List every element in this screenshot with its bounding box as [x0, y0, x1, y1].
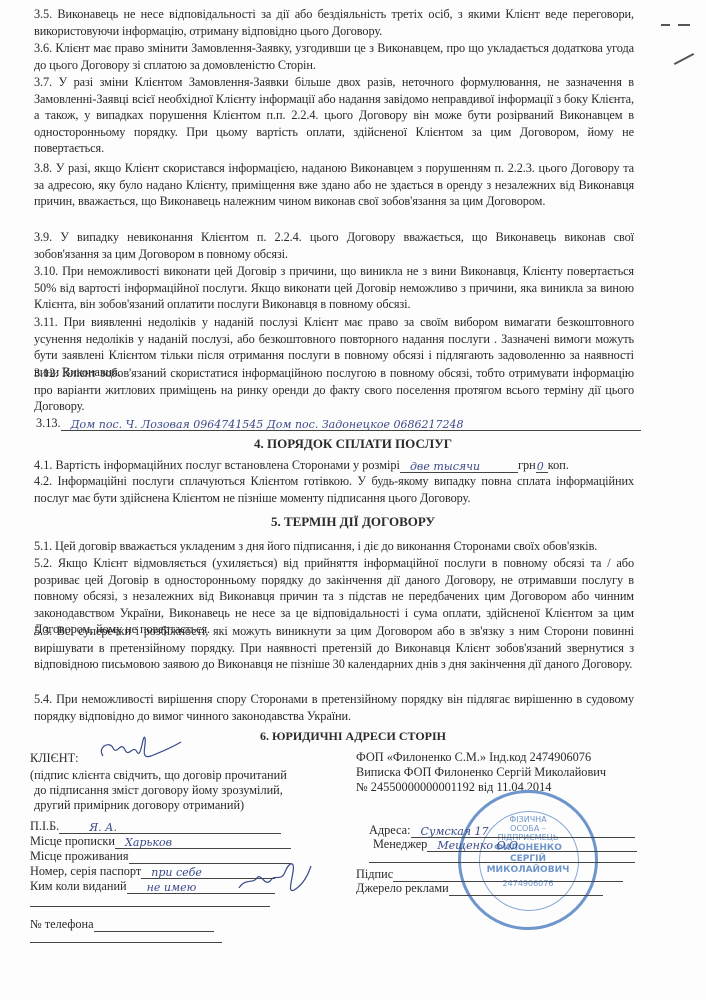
field-label: Місце проживания — [30, 848, 129, 864]
executor-field-ad-source: Джерело реклами — [356, 880, 603, 896]
executor-ad-source-value[interactable] — [449, 882, 603, 896]
client-registration-value[interactable]: Харьков — [115, 835, 291, 849]
price-amount-handwritten[interactable]: две тысячи — [400, 459, 518, 473]
client-signature-scribble — [95, 730, 165, 762]
field-label: П.І.Б. — [30, 818, 59, 834]
scan-mark — [678, 24, 690, 26]
company-stamp: ФІЗИЧНА ОСОБА – ПІДПРИЄМЕЦЬ ФИЛОНЕНКО СЕ… — [458, 790, 598, 930]
client-second-signature — [235, 858, 315, 898]
client-name-value[interactable]: Я. А. — [59, 820, 281, 834]
contract-page: 3.5. Виконавець не несе відповідальності… — [0, 0, 706, 1000]
clause-3-5: 3.5. Виконавець не несе відповідальності… — [34, 6, 634, 39]
clause-3-9: 3.9. У випадку невиконання Клієнтом п. 2… — [34, 229, 634, 262]
clause-5-3: 5.3. Всі суперечки і розбіжності, які мо… — [34, 623, 634, 673]
clause-5-4: 5.4. При неможливості вирішення спору Ст… — [34, 691, 634, 724]
executor-line-1: ФОП «Филоненко С.М.» Інд.код 2474906076 — [356, 749, 591, 765]
client-phone-extra-line — [30, 942, 222, 943]
phone-label: № телефона — [30, 916, 94, 932]
field-label: Менеджер — [373, 836, 427, 852]
field-label: Ким коли виданий — [30, 878, 127, 894]
executor-manager-value[interactable]: Мещенко О.О. — [427, 838, 637, 852]
section-4-title: 4. ПОРЯДОК СПЛАТИ ПОСЛУГ — [0, 436, 706, 452]
clause-3-13: 3.13.Дом пос. Ч. Лозовая 0964741545 Дом … — [36, 415, 641, 431]
field-label: Джерело реклами — [356, 880, 449, 896]
client-blank-line — [30, 906, 270, 907]
client-heading: КЛІЄНТ: — [30, 750, 79, 766]
client-note-line-3: другий примірник договору отриманий) — [34, 798, 244, 813]
clause-4-1-text: 4.1. Вартість інформаційних послуг встан… — [34, 457, 400, 473]
clause-5-1: 5.1. Цей договір вважається укладеним з … — [34, 538, 634, 555]
client-phone-value[interactable] — [94, 918, 214, 932]
client-field-phone: № телефона — [30, 916, 214, 932]
field-label: Місце прописки — [30, 833, 115, 849]
clause-3-13-label: 3.13. — [36, 415, 61, 431]
kop-label: коп. — [548, 457, 569, 473]
clause-4-2: 4.2. Інформаційні послуги сплачуються Кл… — [34, 473, 634, 506]
executor-line-2: Виписка ФОП Филоненко Сергій Миколайович — [356, 764, 606, 780]
field-label: Номер, серія паспорт — [30, 863, 141, 879]
clause-3-6: 3.6. Клієнт має право змінити Замовлення… — [34, 40, 634, 73]
scan-mark — [661, 24, 670, 26]
clause-3-7: 3.7. У разі зміни Клієнтом Замовлення-За… — [34, 74, 634, 157]
executor-blank-line — [369, 862, 635, 863]
client-note-line-2: до підписання зміст договору йому зрозум… — [34, 783, 283, 798]
clause-3-10: 3.10. При неможливості виконати цей Дого… — [34, 263, 634, 313]
client-note-line-1: (підпис клієнта свідчить, що договір про… — [30, 768, 287, 783]
clause-3-13-handwritten-value[interactable]: Дом пос. Ч. Лозовая 0964741545 Дом пос. … — [61, 417, 641, 431]
uah-label: грн — [518, 457, 536, 473]
scan-mark — [674, 53, 694, 65]
clause-3-8: 3.8. У разі, якщо Клієнт скористався інф… — [34, 160, 634, 210]
executor-field-manager: МенеджерМещенко О.О. — [373, 836, 637, 852]
clause-4-1: 4.1. Вартість інформаційних послуг встан… — [34, 457, 569, 473]
section-5-title: 5. ТЕРМІН ДІЇ ДОГОВОРУ — [0, 514, 706, 530]
client-field-name: П.І.Б.Я. А. — [30, 818, 281, 834]
clause-3-12: 3.12. Клієнт зобов'язаний скористатися і… — [34, 365, 634, 415]
kop-amount-handwritten[interactable]: 0 — [536, 459, 548, 473]
client-field-registration: Місце пропискиХарьков — [30, 833, 291, 849]
